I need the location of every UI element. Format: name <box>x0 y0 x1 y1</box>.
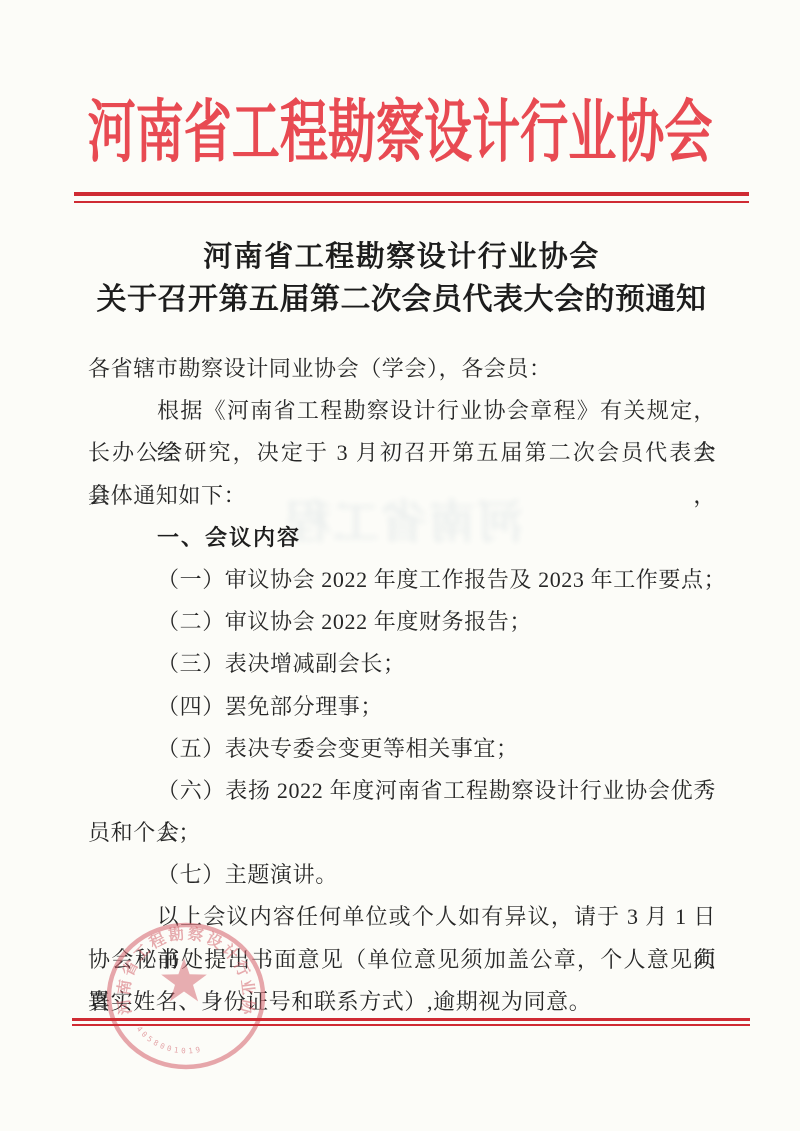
body-line: 各省辖市勘察设计同业协会（学会），各会员： <box>88 348 716 390</box>
section-heading: 一、会议内容 <box>88 517 716 559</box>
seal-arc-text: 河南省工程勘察设计行业协会 <box>103 919 258 1019</box>
footer-rule-thick <box>72 1018 750 1021</box>
letterhead-org-name: 河南省工程勘察设计行业协会 <box>44 99 756 167</box>
body-line: （一）审议协会 2022 年度工作报告及 2023 年工作要点； <box>88 559 716 601</box>
document-title-line2: 关于召开第五届第二次会员代表大会的预通知 <box>88 281 715 319</box>
document-page: 河南省工程勘察设计行业协会 河南省工程勘察设计行业协会 关于召开第五届第二次会员… <box>0 0 800 1131</box>
document-title-line1: 河南省工程勘察设计行业协会 <box>88 239 715 275</box>
official-seal-stamp: 河南省工程勘察设计行业协会 4058001019 <box>103 919 269 1073</box>
body-line: （六）表扬 2022 年度河南省工程勘察设计行业协会优秀会 <box>88 770 716 812</box>
body-line: （五）表决专委会变更等相关事宜； <box>88 728 716 770</box>
body-line: 员和个人； <box>88 812 716 854</box>
body-line: （四）罢免部分理事； <box>88 686 716 728</box>
letterhead-rule-thick <box>74 192 749 196</box>
svg-text:4058001019: 4058001019 <box>135 1024 204 1055</box>
body-line: 根据《河南省工程勘察设计行业协会章程》有关规定，经会 <box>88 390 716 432</box>
star-icon <box>161 958 207 1001</box>
body-line: （七）主题演讲。 <box>88 854 716 896</box>
seal-code-digits: 4058001019 <box>135 1024 204 1055</box>
letterhead-rule-thin <box>74 201 749 203</box>
footer-rule-thin <box>72 1024 750 1026</box>
svg-text:河南省工程勘察设计行业协会: 河南省工程勘察设计行业协会 <box>103 919 258 1019</box>
body-line: （三）表决增减副会长； <box>88 643 716 685</box>
body-line: （二）审议协会 2022 年度财务报告； <box>88 601 716 643</box>
body-line: 长办公会研究，决定于 3 月初召开第五届第二次会员代表大会， <box>88 432 716 474</box>
